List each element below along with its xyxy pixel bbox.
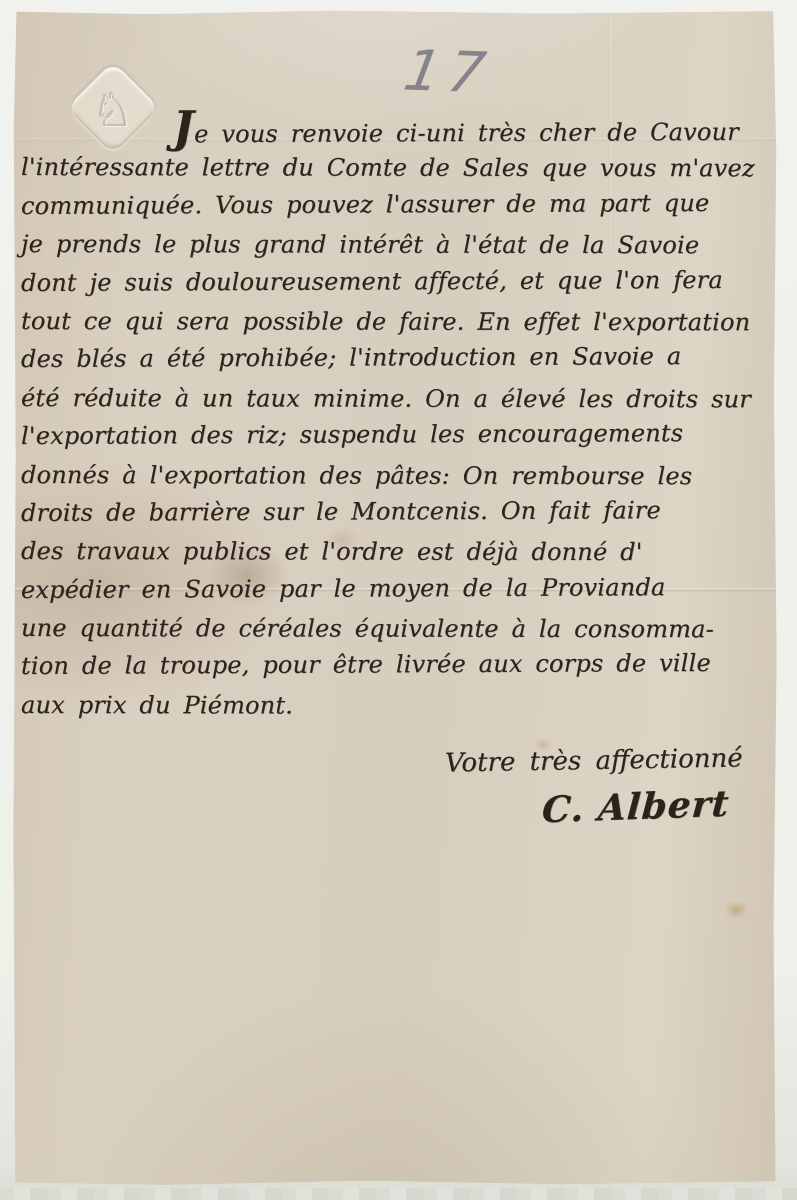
letter-line: été réduite à un taux minime. On a élevé…	[21, 379, 773, 419]
letter-line: expédier en Savoie par le moyen de la Pr…	[21, 567, 773, 609]
letter-line: des travaux publics et l'ordre est déjà …	[21, 532, 773, 572]
letter-line: donnés à l'exportation des pâtes: On rem…	[21, 456, 773, 496]
letter-paper: ♘ 17 Je vous renvoie ci-uni très cher de…	[13, 10, 777, 1186]
letter-line: communiquée. Vous pouvez l'assurer de ma…	[21, 184, 773, 226]
scan-background: ♘ 17 Je vous renvoie ci-uni très cher de…	[0, 0, 797, 1200]
letter-body: Je vous renvoie ci-uni très cher de Cavo…	[21, 110, 773, 724]
letter-line: une quantité de céréales équivalente à l…	[21, 609, 773, 649]
letter-line: tout ce qui sera possible de faire. En e…	[21, 302, 773, 342]
letter-line: aux prix du Piémont.	[21, 686, 773, 726]
pencil-folio-number: 17	[399, 39, 498, 107]
letter-line: je prends le plus grand intérêt à l'état…	[21, 225, 773, 265]
letter-line: tion de la troupe, pour être livrée aux …	[21, 644, 773, 686]
letter-line: Je vous renvoie ci-uni très cher de Cavo…	[21, 107, 773, 149]
letter-line: des blés a été prohibée; l'introduction …	[21, 337, 773, 379]
signature: C. Albert	[540, 783, 730, 832]
letter-line: l'intéressante lettre du Comte de Sales …	[21, 148, 773, 188]
scanner-edge-strip	[0, 1188, 797, 1200]
letter-closing: Votre très affectionné	[445, 743, 743, 778]
letter-line: dont je suis douloureusement affecté, et…	[21, 260, 773, 302]
letter-line: l'exportation des riz; suspendu les enco…	[21, 414, 773, 456]
letter-line: droits de barrière sur le Montcenis. On …	[21, 491, 773, 533]
